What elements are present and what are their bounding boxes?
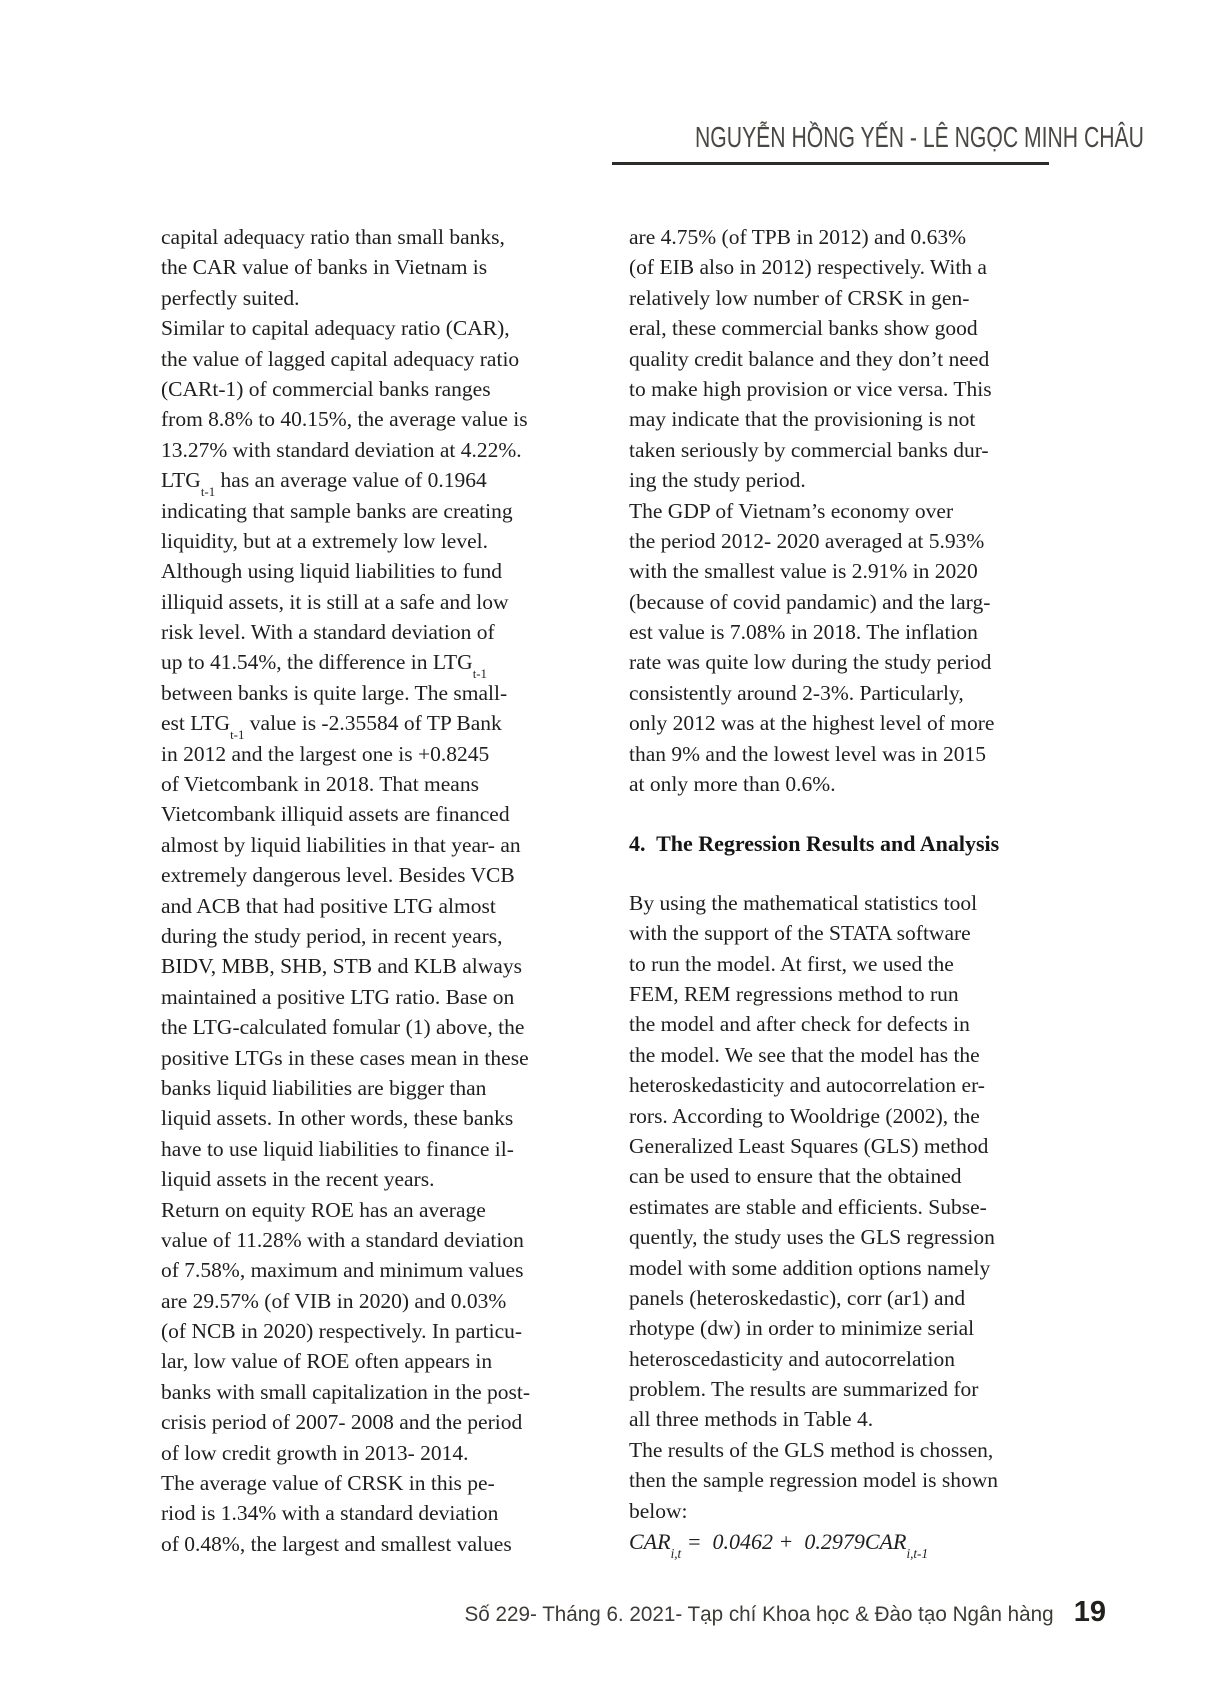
text-line: rors. According to Wooldrige (2002), the <box>629 1101 1031 1131</box>
text-segment: The results of the GLS method is chossen… <box>629 1438 993 1462</box>
text-segment: only 2012 was at the highest level of mo… <box>629 711 994 735</box>
text-line: of 0.48%, the largest and smallest value… <box>161 1529 575 1559</box>
subscript: i,t-1 <box>906 1546 928 1561</box>
text-segment: of 0.48%, the largest and smallest value… <box>161 1532 512 1556</box>
text-segment: Vietcombank illiquid assets are financed <box>161 802 510 826</box>
left-column: capital adequacy ratio than small banks,… <box>161 222 575 1559</box>
text-line: with the smallest value is 2.91% in 2020 <box>629 556 1031 586</box>
text-line: By using the mathematical statistics too… <box>629 888 1031 918</box>
text-line: then the sample regression model is show… <box>629 1465 1031 1495</box>
subscript: t-1 <box>473 667 487 681</box>
text-segment: liquid assets in the recent years. <box>161 1167 434 1191</box>
text-segment: (CARt-1) of commercial banks ranges <box>161 377 491 401</box>
text-line: illiquid assets, it is still at a safe a… <box>161 587 575 617</box>
page-number: 19 <box>1074 1596 1106 1629</box>
text-segment: extremely dangerous level. Besides VCB <box>161 863 515 887</box>
text-segment: may indicate that the provisioning is no… <box>629 407 975 431</box>
text-line: the LTG-calculated fomular (1) above, th… <box>161 1012 575 1042</box>
text-segment: (of NCB in 2020) respectively. In partic… <box>161 1319 522 1343</box>
text-segment: riod is 1.34% with a standard deviation <box>161 1501 498 1525</box>
text-segment: the period 2012- 2020 averaged at 5.93% <box>629 529 984 553</box>
text-segment: rhotype (dw) in order to minimize serial <box>629 1316 974 1340</box>
text-segment: up to 41.54%, the difference in LTG <box>161 650 473 674</box>
text-line: extremely dangerous level. Besides VCB <box>161 860 575 890</box>
text-segment: maintained a positive LTG ratio. Base on <box>161 985 514 1009</box>
text-segment: Return on equity ROE has an average <box>161 1198 486 1222</box>
page-footer: Số 229- Tháng 6. 2021- Tạp chí Khoa học … <box>440 1596 1106 1629</box>
text-segment: has an average value of 0.1964 <box>215 468 487 492</box>
text-line: the value of lagged capital adequacy rat… <box>161 344 575 374</box>
text-line: the CAR value of banks in Vietnam is <box>161 252 575 282</box>
text-line: relatively low number of CRSK in gen- <box>629 283 1031 313</box>
text-line: est LTGt-1 value is -2.35584 of TP Bank <box>161 708 575 738</box>
text-line: taken seriously by commercial banks dur- <box>629 435 1031 465</box>
text-line: BIDV, MBB, SHB, STB and KLB always <box>161 951 575 981</box>
text-line: value of 11.28% with a standard deviatio… <box>161 1225 575 1255</box>
text-segment: By using the mathematical statistics too… <box>629 891 977 915</box>
text-line: can be used to ensure that the obtained <box>629 1161 1031 1191</box>
text-line: of low credit growth in 2013- 2014. <box>161 1438 575 1468</box>
section-heading: 4. The Regression Results and Analysis <box>629 829 1031 859</box>
text-line: indicating that sample banks are creatin… <box>161 496 575 526</box>
text-segment: liquidity, but at a extremely low level. <box>161 529 488 553</box>
right-column: are 4.75% (of TPB in 2012) and 0.63%(of … <box>629 222 1031 1557</box>
text-line: only 2012 was at the highest level of mo… <box>629 708 1031 738</box>
text-segment: than 9% and the lowest level was in 2015 <box>629 742 986 766</box>
text-line: almost by liquid liabilities in that yea… <box>161 830 575 860</box>
text-line: banks with small capitalization in the p… <box>161 1377 575 1407</box>
text-segment: panels (heteroskedastic), corr (ar1) and <box>629 1286 965 1310</box>
right-column-block-1: are 4.75% (of TPB in 2012) and 0.63%(of … <box>629 222 1031 799</box>
text-line: riod is 1.34% with a standard deviation <box>161 1498 575 1528</box>
text-line: rate was quite low during the study peri… <box>629 647 1031 677</box>
text-segment: consistently around 2-3%. Particularly, <box>629 681 964 705</box>
text-line: est value is 7.08% in 2018. The inflatio… <box>629 617 1031 647</box>
text-segment: the model and after check for defects in <box>629 1012 970 1036</box>
text-line: maintained a positive LTG ratio. Base on <box>161 982 575 1012</box>
text-segment: indicating that sample banks are creatin… <box>161 499 513 523</box>
text-segment: the LTG-calculated fomular (1) above, th… <box>161 1015 524 1039</box>
subscript: i,t <box>671 1546 682 1561</box>
text-segment: BIDV, MBB, SHB, STB and KLB always <box>161 954 522 978</box>
text-segment: can be used to ensure that the obtained <box>629 1164 962 1188</box>
text-line: to run the model. At first, we used the <box>629 949 1031 979</box>
text-line: to make high provision or vice versa. Th… <box>629 374 1031 404</box>
text-line: rhotype (dw) in order to minimize serial <box>629 1313 1031 1343</box>
text-line: eral, these commercial banks show good <box>629 313 1031 343</box>
text-segment: ing the study period. <box>629 468 806 492</box>
text-segment: illiquid assets, it is still at a safe a… <box>161 590 509 614</box>
journal-issue-info: Số 229- Tháng 6. 2021- Tạp chí Khoa học … <box>465 1602 1054 1627</box>
text-segment: Generalized Least Squares (GLS) method <box>629 1134 988 1158</box>
text-line: below: <box>629 1496 1031 1526</box>
subscript: t-1 <box>230 728 244 742</box>
text-line: quently, the study uses the GLS regressi… <box>629 1222 1031 1252</box>
text-line: positive LTGs in these cases mean in the… <box>161 1043 575 1073</box>
text-segment: value is -2.35584 of TP Bank <box>244 711 501 735</box>
text-line: heteroscedasticity and autocorrelation <box>629 1344 1031 1374</box>
text-segment: to make high provision or vice versa. Th… <box>629 377 992 401</box>
text-segment: problem. The results are summarized for <box>629 1377 978 1401</box>
text-segment: of 7.58%, maximum and minimum values <box>161 1258 523 1282</box>
text-segment: quently, the study uses the GLS regressi… <box>629 1225 995 1249</box>
text-line: heteroskedasticity and autocorrelation e… <box>629 1070 1031 1100</box>
text-segment: perfectly suited. <box>161 286 300 310</box>
text-segment: all three methods in Table 4. <box>629 1407 873 1431</box>
text-line: Generalized Least Squares (GLS) method <box>629 1131 1031 1161</box>
text-segment: banks liquid liabilities are bigger than <box>161 1076 486 1100</box>
text-line: of 7.58%, maximum and minimum values <box>161 1255 575 1285</box>
text-line: The average value of CRSK in this pe- <box>161 1468 575 1498</box>
text-segment: of low credit growth in 2013- 2014. <box>161 1441 469 1465</box>
text-line: capital adequacy ratio than small banks, <box>161 222 575 252</box>
text-segment: during the study period, in recent years… <box>161 924 503 948</box>
text-line: The GDP of Vietnam’s economy over <box>629 496 1031 526</box>
text-line: Although using liquid liabilities to fun… <box>161 556 575 586</box>
text-segment: the model. We see that the model has the <box>629 1043 980 1067</box>
text-line: panels (heteroskedastic), corr (ar1) and <box>629 1283 1031 1313</box>
text-line: the model. We see that the model has the <box>629 1040 1031 1070</box>
text-segment: risk level. With a standard deviation of <box>161 620 495 644</box>
text-line: are 4.75% (of TPB in 2012) and 0.63% <box>629 222 1031 252</box>
text-segment: lar, low value of ROE often appears in <box>161 1349 492 1373</box>
text-segment: FEM, REM regressions method to run <box>629 982 959 1006</box>
text-segment: model with some addition options namely <box>629 1256 990 1280</box>
text-segment: est value is 7.08% in 2018. The inflatio… <box>629 620 978 644</box>
text-segment: then the sample regression model is show… <box>629 1468 998 1492</box>
text-segment: heteroskedasticity and autocorrelation e… <box>629 1073 985 1097</box>
text-segment: and ACB that had positive LTG almost <box>161 894 496 918</box>
text-line: the period 2012- 2020 averaged at 5.93% <box>629 526 1031 556</box>
text-segment: capital adequacy ratio than small banks, <box>161 225 505 249</box>
text-line: (because of covid pandamic) and the larg… <box>629 587 1031 617</box>
text-line: FEM, REM regressions method to run <box>629 979 1031 1009</box>
text-segment: eral, these commercial banks show good <box>629 316 978 340</box>
text-segment: to run the model. At first, we used the <box>629 952 954 976</box>
text-segment: below: <box>629 1499 688 1523</box>
text-line: up to 41.54%, the difference in LTGt-1 <box>161 647 575 677</box>
running-head-authors: NGUYỄN HỒNG YẾN - LÊ NGỌC MINH CHÂU <box>695 122 1144 155</box>
text-segment: positive LTGs in these cases mean in the… <box>161 1046 529 1070</box>
text-segment: value of 11.28% with a standard deviatio… <box>161 1228 524 1252</box>
text-segment: between banks is quite large. The small- <box>161 681 507 705</box>
text-line: between banks is quite large. The small- <box>161 678 575 708</box>
text-line: during the study period, in recent years… <box>161 921 575 951</box>
text-segment: have to use liquid liabilities to financ… <box>161 1137 514 1161</box>
text-line: LTGt-1 has an average value of 0.1964 <box>161 465 575 495</box>
text-segment: heteroscedasticity and autocorrelation <box>629 1347 955 1371</box>
text-segment: with the smallest value is 2.91% in 2020 <box>629 559 978 583</box>
text-line: Return on equity ROE has an average <box>161 1195 575 1225</box>
text-line: (of NCB in 2020) respectively. In partic… <box>161 1316 575 1346</box>
text-segment: CAR <box>629 1529 671 1554</box>
text-segment: estimates are stable and efficients. Sub… <box>629 1195 987 1219</box>
text-segment: banks with small capitalization in the p… <box>161 1380 530 1404</box>
regression-equation: CARi,t = 0.0462 + 0.2979CARi,t-1 <box>629 1527 1031 1557</box>
text-segment: at only more than 0.6%. <box>629 772 836 796</box>
text-line: liquid assets in the recent years. <box>161 1164 575 1194</box>
text-segment: Similar to capital adequacy ratio (CAR), <box>161 316 510 340</box>
text-line: estimates are stable and efficients. Sub… <box>629 1192 1031 1222</box>
text-segment: liquid assets. In other words, these ban… <box>161 1106 513 1130</box>
text-segment: from 8.8% to 40.15%, the average value i… <box>161 407 528 431</box>
text-line: liquid assets. In other words, these ban… <box>161 1103 575 1133</box>
text-segment: relatively low number of CRSK in gen- <box>629 286 969 310</box>
text-line: liquidity, but at a extremely low level. <box>161 526 575 556</box>
text-segment: The GDP of Vietnam’s economy over <box>629 499 953 523</box>
text-line: (of EIB also in 2012) respectively. With… <box>629 252 1031 282</box>
text-line: consistently around 2-3%. Particularly, <box>629 678 1031 708</box>
text-line: model with some addition options namely <box>629 1253 1031 1283</box>
text-segment: (because of covid pandamic) and the larg… <box>629 590 990 614</box>
text-segment: 13.27% with standard deviation at 4.22%. <box>161 438 522 462</box>
text-segment: of Vietcombank in 2018. That means <box>161 772 479 796</box>
subscript: t-1 <box>201 485 215 499</box>
text-line: Vietcombank illiquid assets are financed <box>161 799 575 829</box>
text-segment: taken seriously by commercial banks dur- <box>629 438 989 462</box>
text-segment: LTG <box>161 468 201 492</box>
text-line: The results of the GLS method is chossen… <box>629 1435 1031 1465</box>
text-segment: the CAR value of banks in Vietnam is <box>161 255 487 279</box>
text-segment: almost by liquid liabilities in that yea… <box>161 833 521 857</box>
text-segment: in 2012 and the largest one is +0.8245 <box>161 742 489 766</box>
text-line: 13.27% with standard deviation at 4.22%. <box>161 435 575 465</box>
text-segment: the value of lagged capital adequacy rat… <box>161 347 519 371</box>
text-line: and ACB that had positive LTG almost <box>161 891 575 921</box>
text-line: banks liquid liabilities are bigger than <box>161 1073 575 1103</box>
text-line: the model and after check for defects in <box>629 1009 1031 1039</box>
text-segment: are 29.57% (of VIB in 2020) and 0.03% <box>161 1289 506 1313</box>
text-segment: rors. According to Wooldrige (2002), the <box>629 1104 980 1128</box>
text-segment: est LTG <box>161 711 230 735</box>
right-column-block-2: By using the mathematical statistics too… <box>629 888 1031 1526</box>
running-head: NGUYỄN HỒNG YẾN - LÊ NGỌC MINH CHÂU <box>612 122 1049 165</box>
text-line: at only more than 0.6%. <box>629 769 1031 799</box>
text-segment: with the support of the STATA software <box>629 921 971 945</box>
text-line: problem. The results are summarized for <box>629 1374 1031 1404</box>
text-line: (CARt-1) of commercial banks ranges <box>161 374 575 404</box>
text-segment: are 4.75% (of TPB in 2012) and 0.63% <box>629 225 966 249</box>
text-line: ing the study period. <box>629 465 1031 495</box>
text-line: quality credit balance and they don’t ne… <box>629 344 1031 374</box>
text-segment: quality credit balance and they don’t ne… <box>629 347 989 371</box>
text-segment: crisis period of 2007- 2008 and the peri… <box>161 1410 522 1434</box>
text-line: perfectly suited. <box>161 283 575 313</box>
text-line: have to use liquid liabilities to financ… <box>161 1134 575 1164</box>
text-line: from 8.8% to 40.15%, the average value i… <box>161 404 575 434</box>
text-line: risk level. With a standard deviation of <box>161 617 575 647</box>
text-line: with the support of the STATA software <box>629 918 1031 948</box>
text-line: lar, low value of ROE often appears in <box>161 1346 575 1376</box>
text-line: may indicate that the provisioning is no… <box>629 404 1031 434</box>
text-segment: (of EIB also in 2012) respectively. With… <box>629 255 987 279</box>
text-line: crisis period of 2007- 2008 and the peri… <box>161 1407 575 1437</box>
journal-page: NGUYỄN HỒNG YẾN - LÊ NGỌC MINH CHÂU capi… <box>0 0 1216 1688</box>
text-segment: The average value of CRSK in this pe- <box>161 1471 495 1495</box>
text-segment: = 0.0462 + 0.2979CAR <box>681 1529 906 1554</box>
text-segment: Although using liquid liabilities to fun… <box>161 559 502 583</box>
text-segment: rate was quite low during the study peri… <box>629 650 991 674</box>
text-line: Similar to capital adequacy ratio (CAR), <box>161 313 575 343</box>
text-line: of Vietcombank in 2018. That means <box>161 769 575 799</box>
text-line: in 2012 and the largest one is +0.8245 <box>161 739 575 769</box>
text-line: are 29.57% (of VIB in 2020) and 0.03% <box>161 1286 575 1316</box>
text-line: than 9% and the lowest level was in 2015 <box>629 739 1031 769</box>
text-line: all three methods in Table 4. <box>629 1404 1031 1434</box>
